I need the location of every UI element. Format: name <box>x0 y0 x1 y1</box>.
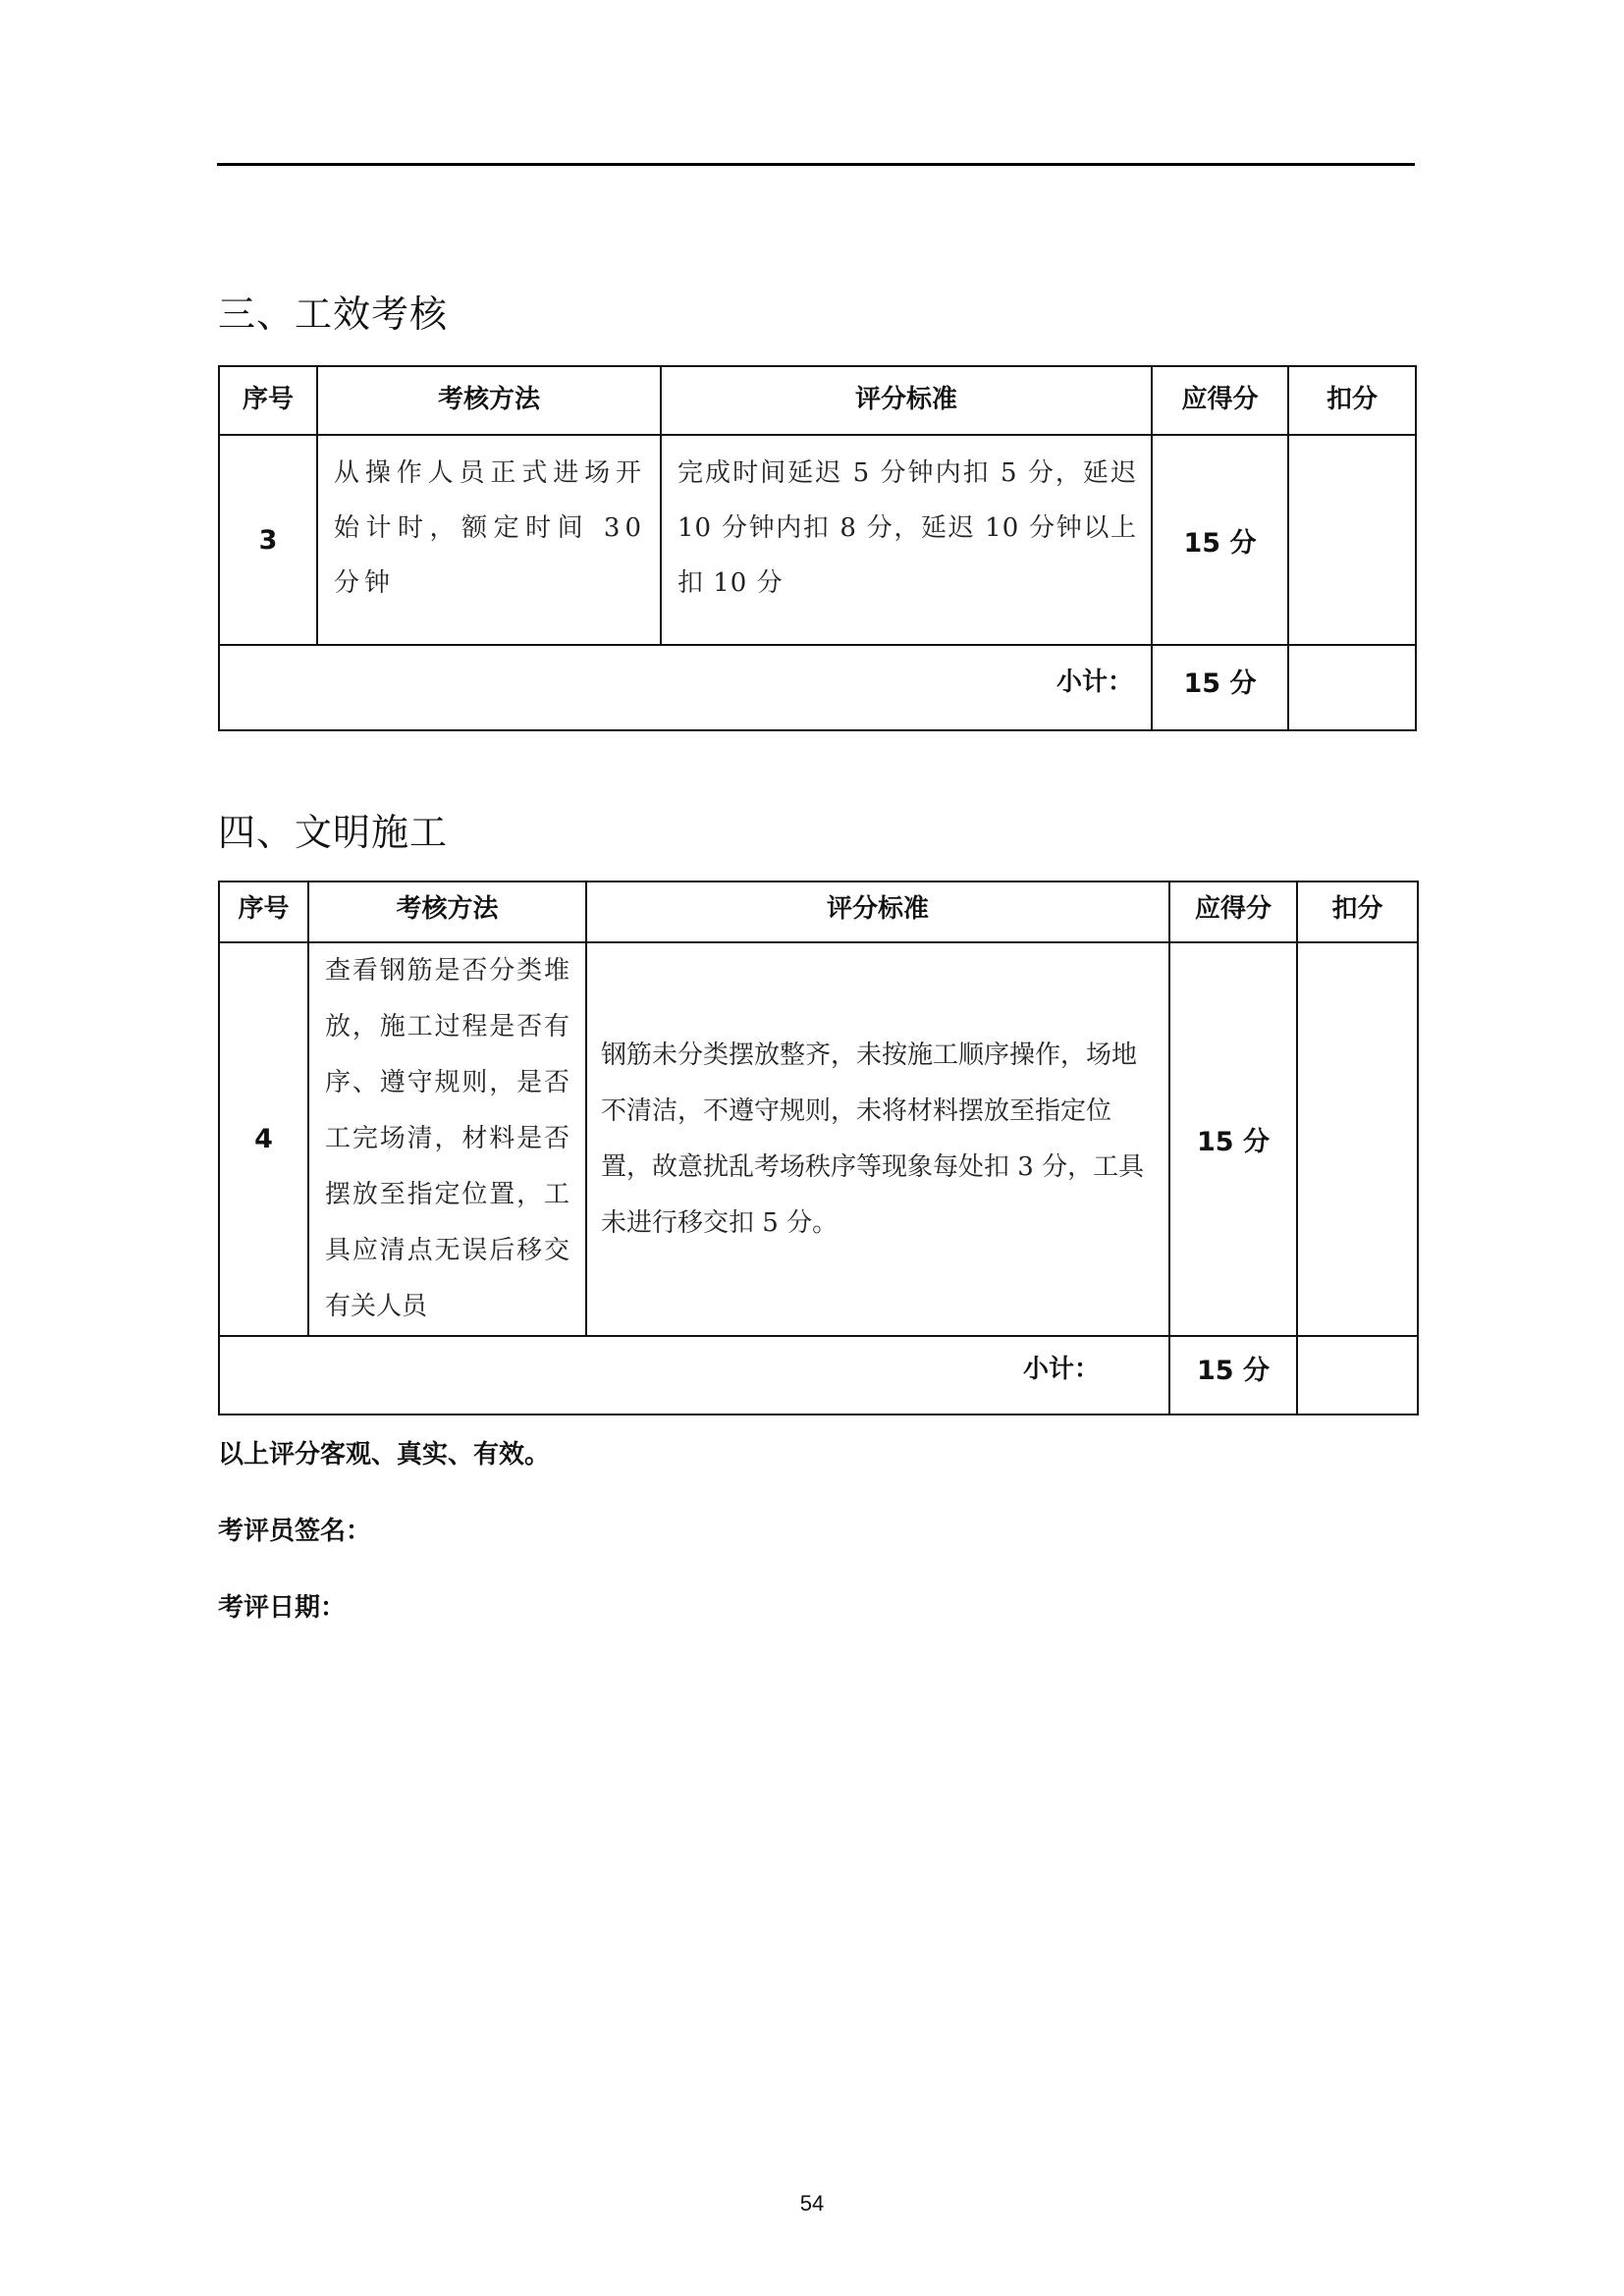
header-points: 应得分 <box>1152 366 1288 435</box>
row-criteria: 完成时间延迟 5 分钟内扣 5 分，延迟 10 分钟内扣 8 分，延迟 10 分… <box>661 435 1152 645</box>
subtotal-points: 15 分 <box>1169 1336 1297 1415</box>
header-deduction: 扣分 <box>1297 881 1418 942</box>
header-method: 考核方法 <box>308 881 586 942</box>
row-deduction-cell[interactable] <box>1297 942 1418 1336</box>
header-no: 序号 <box>219 881 308 942</box>
header-method: 考核方法 <box>317 366 661 435</box>
row-criteria: 钢筋未分类摆放整齐，未按施工顺序操作，场地不清洁，不遵守规则，未将材料摆放至指定… <box>586 942 1169 1336</box>
subtotal-points: 15 分 <box>1152 645 1288 730</box>
row-no: 4 <box>219 942 308 1336</box>
row-deduction-cell[interactable] <box>1288 435 1416 645</box>
header-criteria: 评分标准 <box>586 881 1169 942</box>
row-no: 3 <box>219 435 317 645</box>
row-points: 15 分 <box>1152 435 1288 645</box>
row-method: 从操作人员正式进场开始计时，额定时间 30 分钟 <box>317 435 661 645</box>
row-points: 15 分 <box>1169 942 1297 1336</box>
header-no: 序号 <box>219 366 317 435</box>
subtotal-deduction-cell[interactable] <box>1297 1336 1418 1415</box>
row-method: 查看钢筋是否分类堆放，施工过程是否有序、遵守规则，是否工完场清，材料是否摆放至指… <box>308 942 586 1336</box>
header-rule <box>217 163 1415 166</box>
section-title-efficiency: 三、工效考核 <box>218 293 448 336</box>
validity-statement: 以上评分客观、真实、有效。 <box>218 1439 550 1470</box>
subtotal-deduction-cell[interactable] <box>1288 645 1416 730</box>
efficiency-table: 序号 考核方法 评分标准 应得分 扣分 3 从操作人员正式进场开始计时，额定时间… <box>218 365 1417 731</box>
table-row: 3 从操作人员正式进场开始计时，额定时间 30 分钟 完成时间延迟 5 分钟内扣… <box>219 435 1416 645</box>
subtotal-label: 小计： <box>219 645 1152 730</box>
page-number: 54 <box>0 2191 1624 2216</box>
table-row: 4 查看钢筋是否分类堆放，施工过程是否有序、遵守规则，是否工完场清，材料是否摆放… <box>219 942 1418 1336</box>
table-header-row: 序号 考核方法 评分标准 应得分 扣分 <box>219 881 1418 942</box>
header-deduction: 扣分 <box>1288 366 1416 435</box>
header-criteria: 评分标准 <box>661 366 1152 435</box>
subtotal-row: 小计： 15 分 <box>219 645 1416 730</box>
civilized-construction-table: 序号 考核方法 评分标准 应得分 扣分 4 查看钢筋是否分类堆放，施工过程是否有… <box>218 881 1419 1415</box>
table-header-row: 序号 考核方法 评分标准 应得分 扣分 <box>219 366 1416 435</box>
section-title-civilized-construction: 四、文明施工 <box>218 811 448 854</box>
header-points: 应得分 <box>1169 881 1297 942</box>
subtotal-label: 小计： <box>219 1336 1169 1415</box>
examination-date-label: 考评日期： <box>218 1592 346 1624</box>
subtotal-row: 小计： 15 分 <box>219 1336 1418 1415</box>
examiner-signature-label: 考评员签名： <box>218 1516 371 1547</box>
